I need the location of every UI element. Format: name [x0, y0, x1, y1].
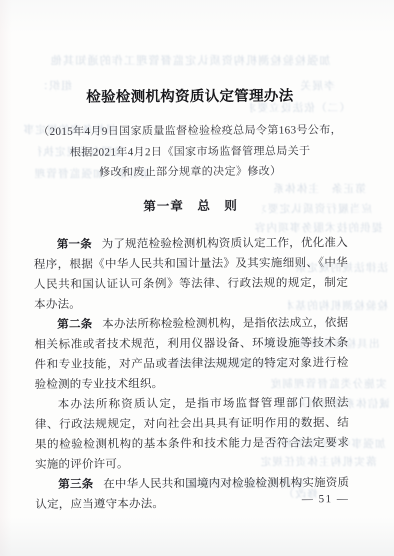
document-content: 检验检测机构资质认定管理办法 （2015年4月9日国家质量监督检验检疫总局令第1…: [0, 0, 394, 556]
chapter-heading: 第一章 总 则: [34, 196, 348, 216]
article-number-label: 第三条: [58, 478, 93, 490]
article-number-label: 第一条: [57, 238, 92, 250]
article-text: 本办法所称资质认定，是指市场监督管理部门依照法律、行政法规规定，对向社会出具具有…: [35, 397, 349, 471]
page-number: — 51 —: [302, 493, 350, 505]
article-number-label: 第二条: [57, 318, 92, 330]
article-paragraph: 本办法所称资质认定，是指市场监督管理部门依照法律、行政法规规定，对向社会出具具有…: [35, 393, 349, 475]
article-paragraph: 第一条为了规范检验检测机构资质认定工作，优化准入程序，根据《中华人民共和国计量法…: [34, 233, 348, 315]
article-paragraph: 第二条本办法所称检验检测机构，是指依法成立，依据相关标准或者技术规范，利用仪器设…: [34, 313, 348, 395]
subtitle-line: 根据2021年4月2日《国家市场监督管理总局关于: [33, 141, 347, 163]
subtitle-line: （2015年4月9日国家质量监督检验检疫总局令第163号公布，: [33, 120, 347, 142]
scanned-document-page: 加强检验检测机构资质认定监督管理工作的通知其他 组织： 李展关 （二）依法设立要…: [0, 0, 394, 556]
document-title: 检验检测机构资质认定管理办法: [33, 87, 347, 107]
subtitle-line: 修改和废止部分规章的决定》修改）: [33, 161, 347, 183]
document-subtitle: （2015年4月9日国家质量监督检验检疫总局令第163号公布， 根据2021年4…: [33, 120, 347, 183]
document-body: 第一条为了规范检验检测机构资质认定工作，优化准入程序，根据《中华人民共和国计量法…: [34, 233, 350, 515]
